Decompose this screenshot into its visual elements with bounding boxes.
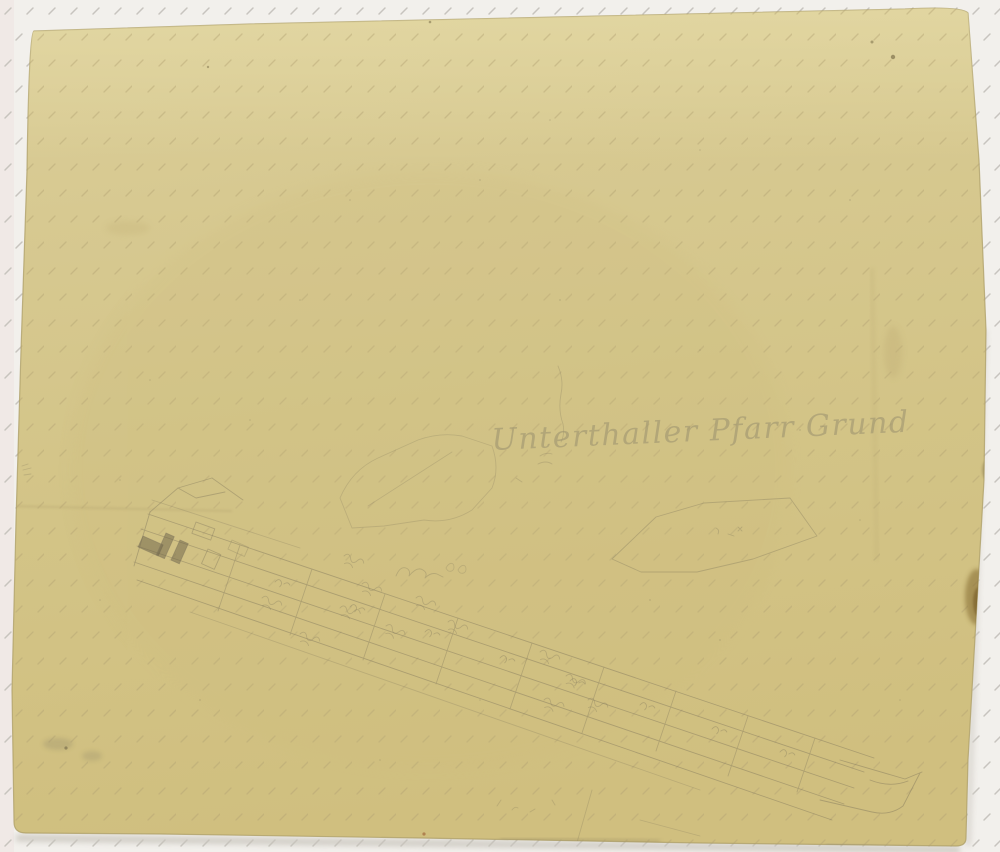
scanned-map-page: Unterthaller Pfarr Grund bbox=[0, 0, 1000, 852]
map-scan: Unterthaller Pfarr Grund bbox=[0, 0, 1000, 852]
gray-smudge bbox=[43, 738, 73, 750]
